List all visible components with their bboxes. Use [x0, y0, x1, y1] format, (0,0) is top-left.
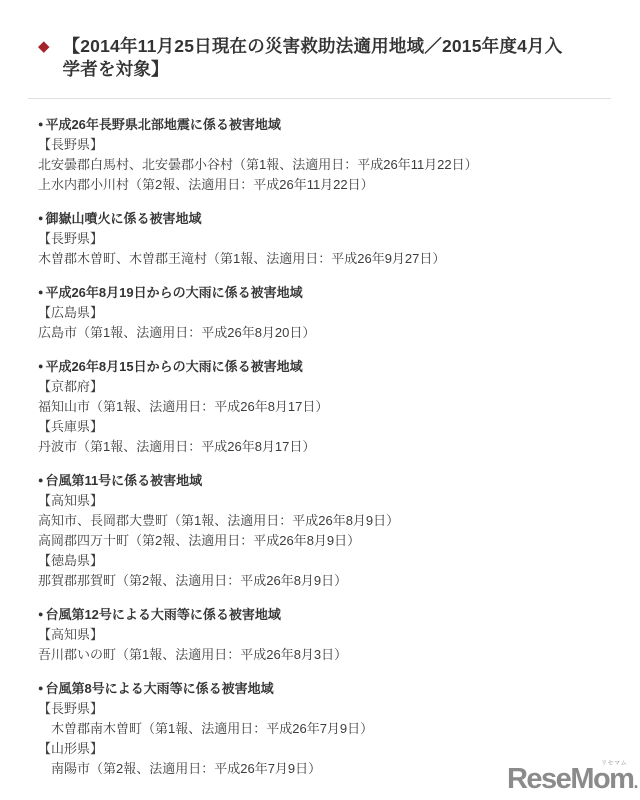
prefecture-label: 【長野県】 — [38, 229, 610, 249]
area-line: 吾川郡いの町（第1報、法適用日：平成26年8月3日） — [38, 645, 610, 665]
section-header-text: 台風第8号による大雨等に係る被害地域 — [45, 681, 273, 696]
prefecture-label: 【高知県】 — [38, 625, 610, 645]
circle-bullet-icon: ● — [38, 683, 43, 693]
prefecture-label: 【広島県】 — [38, 303, 610, 323]
section-header-text: 平成26年8月19日からの大雨に係る被害地域 — [45, 285, 302, 300]
section-heavy-rain-aug19: ●平成26年8月19日からの大雨に係る被害地域 【広島県】 広島市（第1報、法適… — [38, 282, 610, 343]
prefecture-label: 【長野県】 — [38, 135, 610, 155]
area-line: 木曽郡南木曽町（第1報、法適用日：平成26年7月9日） — [38, 719, 610, 739]
section-header: ●御嶽山噴火に係る被害地域 — [38, 208, 610, 229]
area-line: 木曽郡木曽町、木曽郡王滝村（第1報、法適用日：平成26年9月27日） — [38, 249, 610, 269]
section-header: ●台風第12号による大雨等に係る被害地域 — [38, 604, 610, 625]
section-header-text: 台風第11号に係る被害地域 — [45, 473, 202, 488]
section-header-text: 平成26年8月15日からの大雨に係る被害地域 — [45, 359, 302, 374]
section-header-text: 台風第12号による大雨等に係る被害地域 — [45, 607, 280, 622]
section-heavy-rain-aug15: ●平成26年8月15日からの大雨に係る被害地域 【京都府】 福知山市（第1報、法… — [38, 356, 610, 457]
circle-bullet-icon: ● — [38, 213, 43, 223]
resemom-logo-period: . — [633, 772, 637, 792]
circle-bullet-icon: ● — [38, 119, 43, 129]
area-line: 福知山市（第1報、法適用日：平成26年8月17日） — [38, 397, 610, 417]
section-header: ●台風第8号による大雨等に係る被害地域 — [38, 678, 610, 699]
prefecture-label: 【兵庫県】 — [38, 417, 610, 437]
area-line: 北安曇郡白馬村、北安曇郡小谷村（第1報、法適用日：平成26年11月22日） — [38, 155, 610, 175]
resemom-logo-ruby: リセマム — [601, 761, 627, 767]
prefecture-label: 【京都府】 — [38, 377, 610, 397]
resemom-logo-text: ReseMom — [507, 763, 634, 795]
circle-bullet-icon: ● — [38, 609, 43, 619]
section-header-text: 平成26年長野県北部地震に係る被害地域 — [45, 117, 280, 132]
section-header: ●台風第11号に係る被害地域 — [38, 470, 610, 491]
section-header-text: 御嶽山噴火に係る被害地域 — [45, 211, 201, 226]
section-ontake-eruption: ●御嶽山噴火に係る被害地域 【長野県】 木曽郡木曽町、木曽郡王滝村（第1報、法適… — [38, 208, 610, 269]
area-line: 高岡郡四万十町（第2報、法適用日：平成26年8月9日） — [38, 531, 610, 551]
area-line: 高知市、長岡郡大豊町（第1報、法適用日：平成26年8月9日） — [38, 511, 610, 531]
area-line: 上水内郡小川村（第2報、法適用日：平成26年11月22日） — [38, 175, 610, 195]
circle-bullet-icon: ● — [38, 361, 43, 371]
prefecture-label: 【山形県】 — [38, 739, 610, 759]
area-line: 那賀郡那賀町（第2報、法適用日：平成26年8月9日） — [38, 571, 610, 591]
section-header: ●平成26年8月15日からの大雨に係る被害地域 — [38, 356, 610, 377]
circle-bullet-icon: ● — [38, 287, 43, 297]
diamond-bullet-icon: ◆ — [38, 35, 50, 58]
section-nagano-earthquake: ●平成26年長野県北部地震に係る被害地域 【長野県】 北安曇郡白馬村、北安曇郡小… — [38, 114, 610, 195]
prefecture-label: 【長野県】 — [38, 699, 610, 719]
area-line: 丹波市（第1報、法適用日：平成26年8月17日） — [38, 437, 610, 457]
area-line: 広島市（第1報、法適用日：平成26年8月20日） — [38, 323, 610, 343]
section-header: ●平成26年8月19日からの大雨に係る被害地域 — [38, 282, 610, 303]
section-typhoon-11: ●台風第11号に係る被害地域 【高知県】 高知市、長岡郡大豊町（第1報、法適用日… — [38, 470, 610, 591]
section-header: ●平成26年長野県北部地震に係る被害地域 — [38, 114, 610, 135]
resemom-logo: リセマムReseMom. — [507, 765, 637, 794]
section-typhoon-12: ●台風第12号による大雨等に係る被害地域 【高知県】 吾川郡いの町（第1報、法適… — [38, 604, 610, 665]
circle-bullet-icon: ● — [38, 475, 43, 485]
article-title-block: ◆ 【2014年11月25日現在の災害救助法適用地域／2015年度4月入学者を対… — [0, 0, 640, 81]
section-list: ●平成26年長野県北部地震に係る被害地域 【長野県】 北安曇郡白馬村、北安曇郡小… — [0, 99, 640, 779]
page-title: 【2014年11月25日現在の災害救助法適用地域／2015年度4月入学者を対象】 — [63, 35, 563, 81]
prefecture-label: 【徳島県】 — [38, 551, 610, 571]
prefecture-label: 【高知県】 — [38, 491, 610, 511]
